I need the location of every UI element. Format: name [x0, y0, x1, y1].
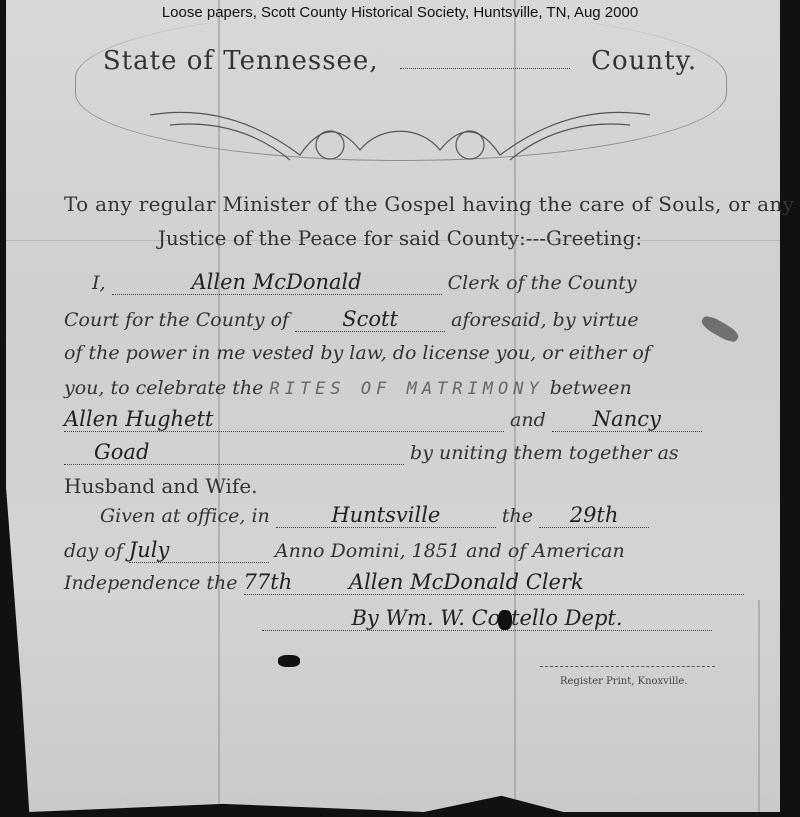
- fold-crease: [758, 600, 760, 812]
- text-i: I,: [92, 272, 106, 294]
- husband-and-wife: Husband and Wife.: [64, 474, 258, 498]
- text-celebrate: you, to celebrate the: [64, 377, 263, 399]
- indep-year-field: 77th: [244, 570, 293, 594]
- text-uniting: by uniting them together as: [410, 442, 679, 464]
- text-and: and: [510, 409, 546, 431]
- county-field: Scott: [295, 307, 445, 332]
- printer-imprint: Register Print, Knoxville.: [560, 676, 688, 687]
- header-state: State of Tennessee,: [103, 46, 379, 76]
- ink-blot: [498, 610, 512, 630]
- greeting-line-1: To any regular Minister of the Gospel ha…: [64, 192, 794, 216]
- bride-first-field: Nancy: [552, 407, 702, 432]
- place-field: Huntsville: [276, 503, 496, 528]
- county-blank: [400, 68, 570, 69]
- header: State of Tennessee, County.: [0, 46, 800, 76]
- text-court-for: Court for the County of: [64, 309, 289, 331]
- power-text: of the power in me vested by law, do lic…: [64, 342, 651, 364]
- rites-of-matrimony: RITES OF MATRIMONY: [269, 379, 543, 399]
- text-between: between: [550, 377, 632, 399]
- header-county: County.: [591, 46, 697, 76]
- printer-rule: [540, 666, 715, 667]
- flourish-ornament: [150, 105, 650, 165]
- text-the: the: [502, 505, 533, 527]
- clerk-name-field: Allen McDonald: [112, 270, 442, 295]
- bride-last-field: Goad: [64, 440, 404, 465]
- groom-field: Allen Hughett: [64, 407, 504, 432]
- month-field: July: [129, 538, 269, 563]
- greeting-line-2: Justice of the Peace for said County:---…: [0, 226, 800, 250]
- signature-line: 77th Allen McDonald Clerk: [244, 570, 744, 595]
- text-given: Given at office, in: [100, 505, 270, 527]
- text-day-of: day of: [64, 540, 123, 562]
- text-anno-domini: Anno Domini, 1851 and of American: [275, 540, 625, 562]
- ink-blot: [278, 655, 300, 667]
- day-field: 29th: [539, 503, 649, 528]
- text-clerk-of: Clerk of the County: [448, 272, 637, 294]
- text-independence: Independence the: [64, 572, 237, 594]
- text-aforesaid: aforesaid, by virtue: [451, 309, 638, 331]
- deputy-signature: By Wm. W. Costello Dept.: [262, 606, 712, 631]
- clerk-signature: Allen McDonald Clerk: [349, 570, 584, 594]
